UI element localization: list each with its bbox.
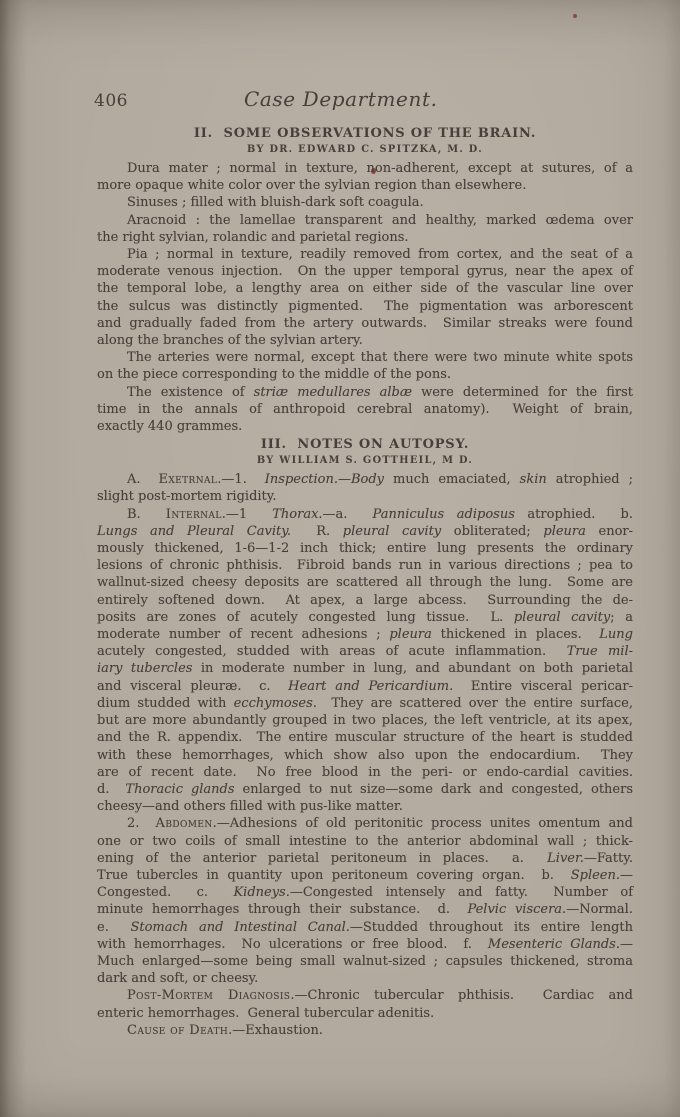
italic-text: Thorax. xyxy=(272,507,322,522)
small-caps-text: Internal xyxy=(166,507,222,522)
text-line: slight post-mortem rigidity. xyxy=(97,488,633,505)
text-line: acutely congested, studded with areas of… xyxy=(97,643,633,660)
text-line: iary tubercles in moderate number in lun… xyxy=(97,660,633,677)
text-line: True tubercles in quantity upon peritone… xyxy=(97,867,633,884)
scanned-page: 406 Case Department. II. SOME OBSERVATIO… xyxy=(0,0,680,1117)
text-line: Sinuses ; filled with bluish-dark soft c… xyxy=(97,194,633,211)
italic-text: pleura xyxy=(389,627,432,642)
text-line: The existence of striæ medullares albæ w… xyxy=(97,384,633,401)
text-line: Cause of Death.—Exhaustion. xyxy=(97,1022,633,1039)
text-line: Congested. c. Kidneys.—Congested intense… xyxy=(97,884,633,901)
text-line: dium studded with ecchymoses. They are s… xyxy=(97,695,633,712)
text-line: minute hemorrhages through their substan… xyxy=(97,901,633,918)
italic-text: striæ medullares albæ xyxy=(254,385,412,400)
text-line: moderate number of recent adhesions ; pl… xyxy=(97,626,633,643)
text-line: with these hemorrhages, which show also … xyxy=(97,747,633,764)
text-line: e. Stomach and Intestinal Canal.—Studded… xyxy=(97,919,633,936)
section-byline: BY WILLIAM S. GOTTHEIL, M D. xyxy=(97,455,633,467)
text-line: and visceral pleuræ. c. Heart and Perica… xyxy=(97,678,633,695)
text-line: along the branches of the sylvian artery… xyxy=(97,332,633,349)
text-line: and gradually faded from the artery outw… xyxy=(97,315,633,332)
text-line: entirely softened down. At apex, a large… xyxy=(97,592,633,609)
italic-text: Spleen. xyxy=(571,868,620,883)
italic-text: Pelvic viscera. xyxy=(467,902,566,917)
italic-text: Heart and Pericardium. xyxy=(288,679,453,694)
text-line: ening of the anterior parietal peritoneu… xyxy=(97,850,633,867)
text-line: Much enlarged—some being small walnut-si… xyxy=(97,953,633,970)
text-line: Aracnoid : the lamellae transparent and … xyxy=(97,212,633,229)
text-line: with hemorrhages. No ulcerations or free… xyxy=(97,936,633,953)
italic-text: Liver. xyxy=(547,851,584,866)
small-caps-text: Post-Mortem Diagnosis xyxy=(127,988,290,1003)
text-line: 2. Abdomen.—Adhesions of old peritonitic… xyxy=(97,815,633,832)
italic-text: Thoracic glands xyxy=(125,782,234,797)
italic-text: Lung xyxy=(599,627,633,642)
text-line: the temporal lobe, a lengthy area on eit… xyxy=(97,280,633,297)
text-line: exactly 440 grammes. xyxy=(97,418,633,435)
text-line: more opaque white color over the sylvian… xyxy=(97,177,633,194)
italic-text: Panniculus adiposus xyxy=(373,507,515,522)
text-line: time in the annals of anthropoid cerebra… xyxy=(97,401,633,418)
text-line: are of recent date. No free blood in the… xyxy=(97,764,633,781)
text-line: The arteries were normal, except that th… xyxy=(97,349,633,366)
italic-text: ecchymoses xyxy=(234,696,313,711)
small-caps-text: Abdomen xyxy=(156,816,213,831)
text-line: Lungs and Pleural Cavity. R. pleural cav… xyxy=(97,523,633,540)
text-line: Dura mater ; normal in texture, non-adhe… xyxy=(97,160,633,177)
text-line: the right sylvian, rolandic and parietal… xyxy=(97,229,633,246)
text-line: d. Thoracic glands enlarged to nut size—… xyxy=(97,781,633,798)
italic-text: Stomach and Intestinal Canal. xyxy=(130,920,349,935)
text-line: wallnut-sized cheesy deposits are scatte… xyxy=(97,574,633,591)
section-byline: BY DR. EDWARD C. SPITZKA, M. D. xyxy=(97,144,633,156)
italic-text: Kidneys. xyxy=(233,885,289,900)
text-line: cheesy—and others filled with pus-like m… xyxy=(97,798,633,815)
text-line: dark and soft, or cheesy. xyxy=(97,970,633,987)
text-line: one or two coils of small intestine to t… xyxy=(97,833,633,850)
stain-speck-top xyxy=(573,14,577,18)
italic-text: Inspection.—Body xyxy=(265,472,384,487)
italic-text: pleural cavity xyxy=(514,610,610,625)
text-line: on the piece corresponding to the middle… xyxy=(97,366,633,383)
text-line: but are more abundantly grouped in two p… xyxy=(97,712,633,729)
italic-text: iary tubercles xyxy=(97,661,192,676)
small-caps-text: Cause of Death xyxy=(127,1023,228,1038)
text-line: lesions of chronic phthisis. Fibroid ban… xyxy=(97,557,633,574)
section-heading: II. SOME OBSERVATIONS OF THE BRAIN. xyxy=(97,126,633,142)
text-line: Post-Mortem Diagnosis.—Chronic tubercula… xyxy=(97,987,633,1004)
text-block: II. SOME OBSERVATIONS OF THE BRAIN.BY DR… xyxy=(97,126,633,1039)
text-line: posits are zones of acutely congested lu… xyxy=(97,609,633,626)
text-line: B. Internal.—1 Thorax.—a. Panniculus adi… xyxy=(97,506,633,523)
running-title: Case Department. xyxy=(244,87,438,111)
italic-text: skin xyxy=(520,472,547,487)
italic-text: True mil- xyxy=(567,644,633,659)
italic-text: pleural cavity xyxy=(343,524,441,539)
small-caps-text: Exetrnal xyxy=(158,472,217,487)
section-heading: III. NOTES ON AUTOPSY. xyxy=(97,437,633,453)
italic-text: Mesenteric Glands. xyxy=(488,937,620,952)
italic-text: pleura xyxy=(543,524,586,539)
page-number: 406 xyxy=(94,91,128,111)
text-line: A. Exetrnal.—1. Inspection.—Body much em… xyxy=(97,471,633,488)
text-line: moderate venous injection. On the upper … xyxy=(97,263,633,280)
text-line: mously thickened, 1-6—1-2 inch thick; en… xyxy=(97,540,633,557)
text-line: the sulcus was distinctly pigmented. The… xyxy=(97,298,633,315)
text-line: Pia ; normal in texture, readily removed… xyxy=(97,246,633,263)
text-line: enteric hemorrhages. General tubercular … xyxy=(97,1005,633,1022)
italic-text: Lungs and Pleural Cavity. xyxy=(97,524,291,539)
text-line: and the R. appendix. The entire muscular… xyxy=(97,729,633,746)
